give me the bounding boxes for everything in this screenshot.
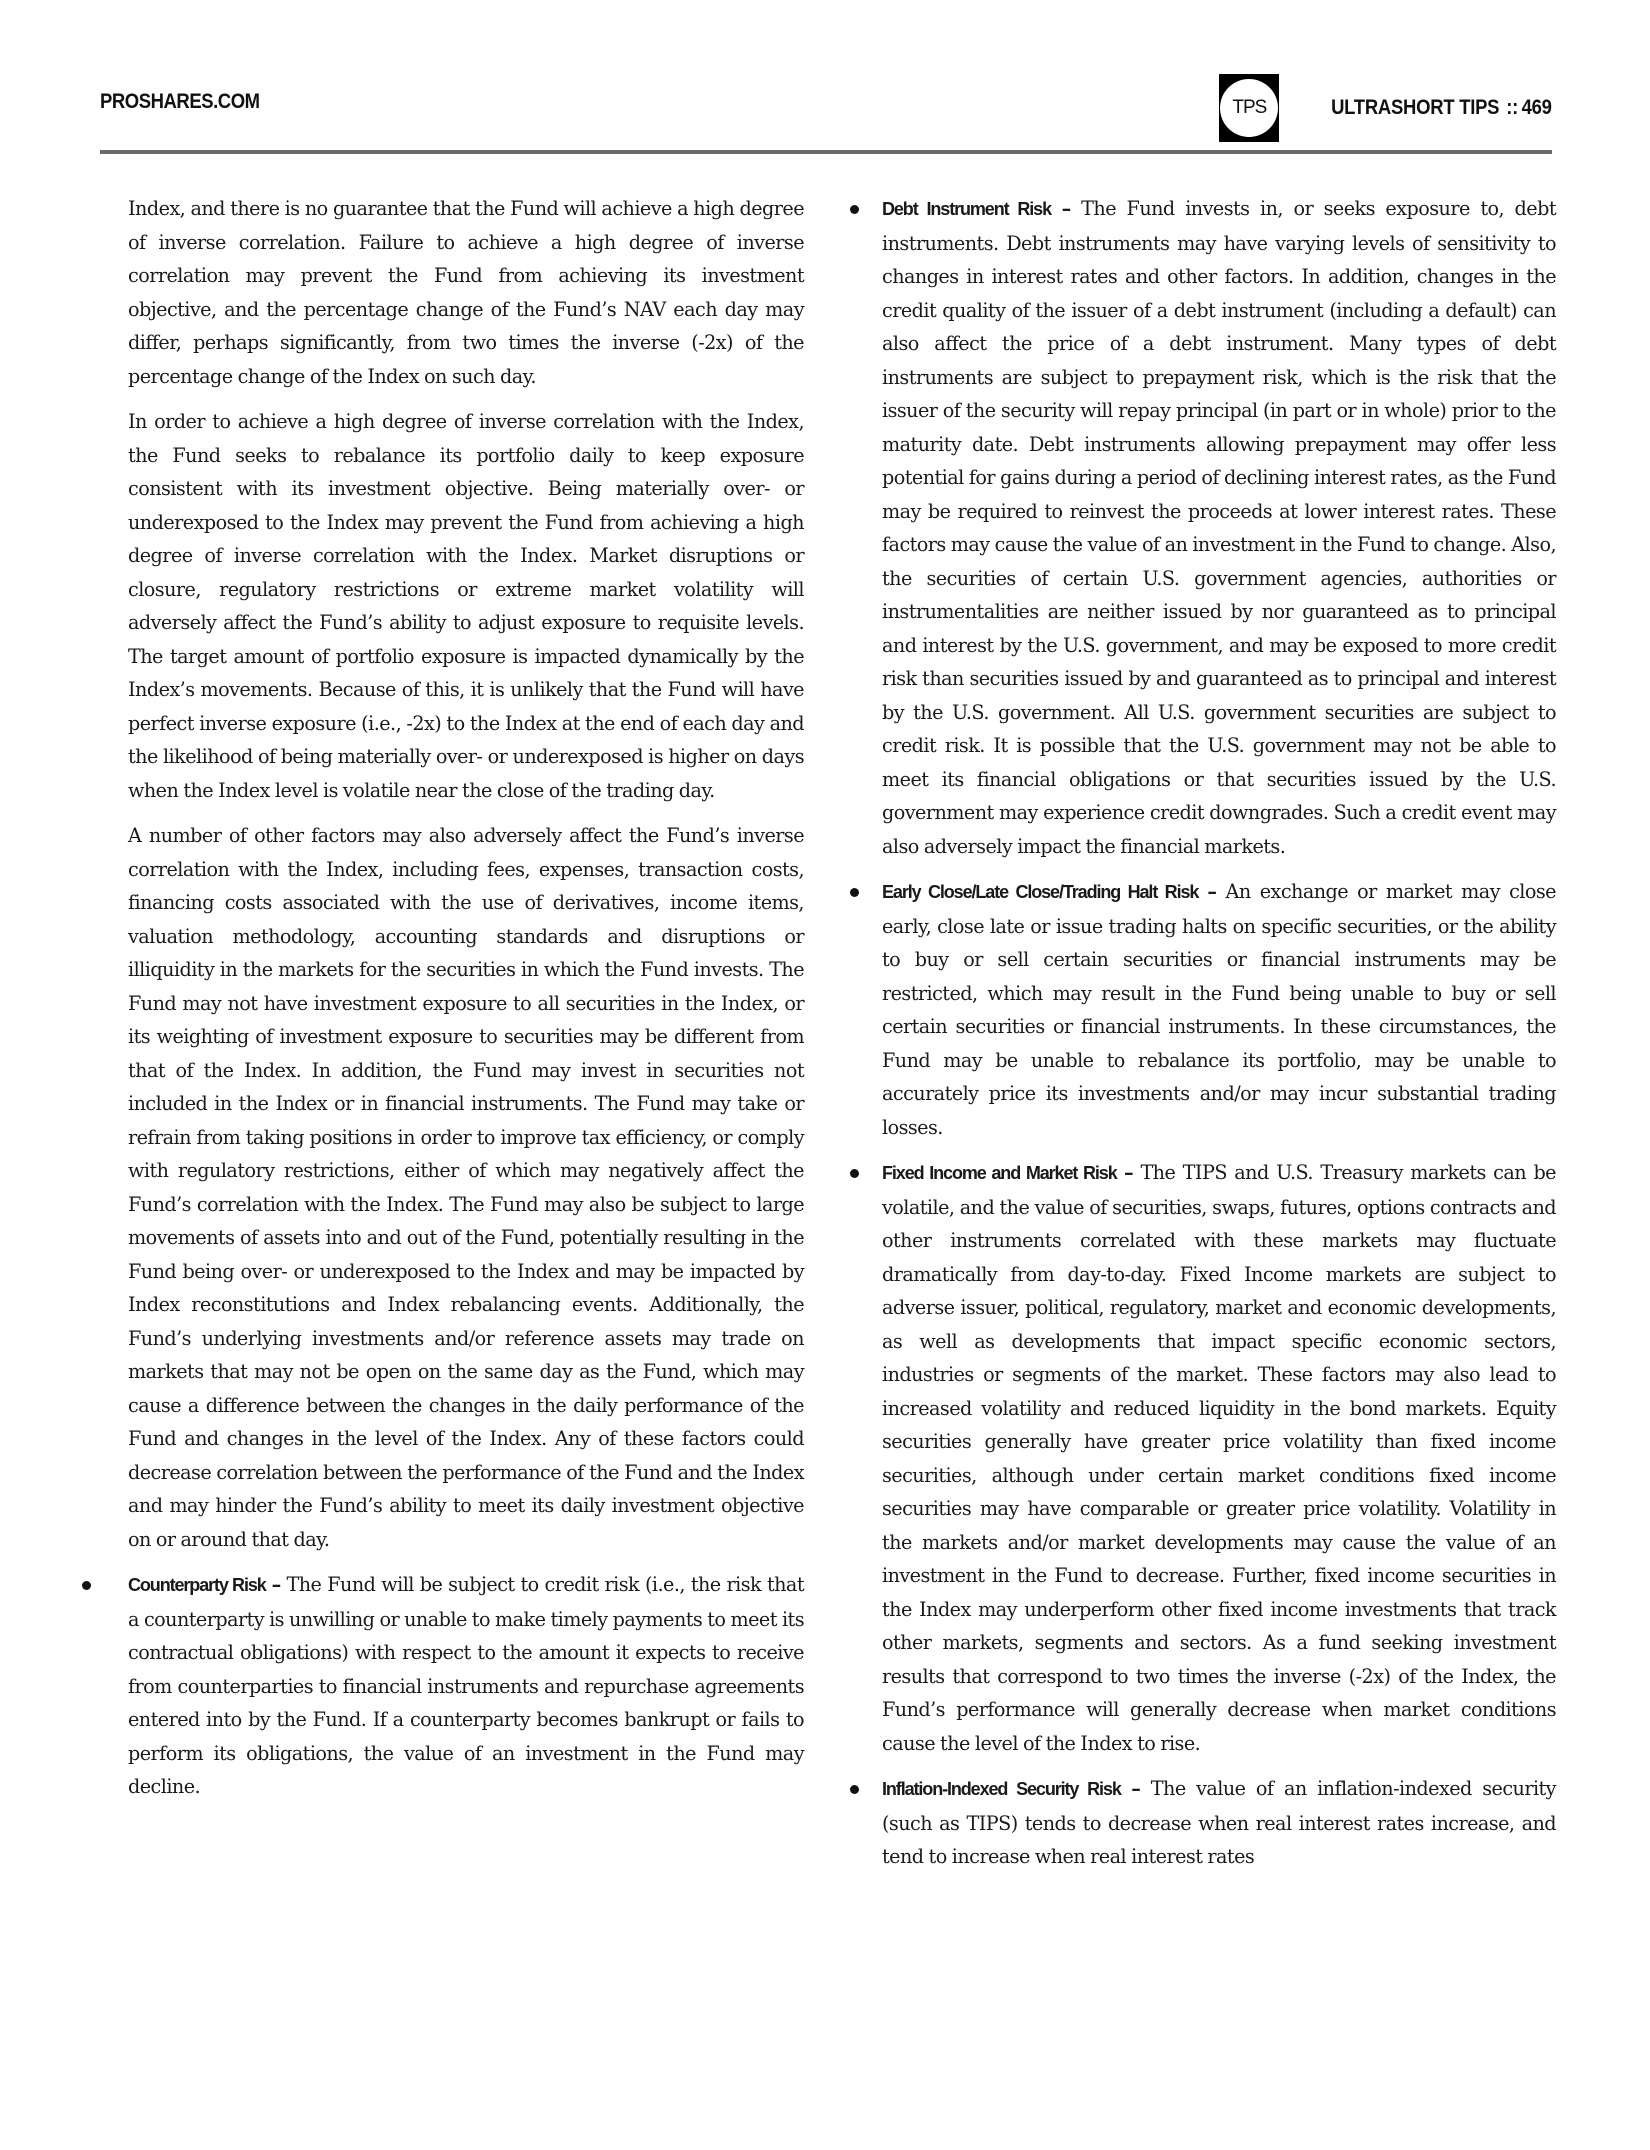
- risk-description: The TIPS and U.S. Treasury markets can b…: [882, 1161, 1556, 1755]
- left-column: Index, and there is no guarantee that th…: [128, 192, 804, 1816]
- em-dash: –: [272, 1573, 281, 1596]
- site-name: PROSHARES.COM: [100, 90, 260, 114]
- fund-title: ULTRASHORT TIPS: [1331, 96, 1499, 119]
- bullet-icon: [850, 205, 859, 214]
- risk-description: The Fund will be subject to credit risk …: [128, 1573, 804, 1798]
- bullet-icon: [850, 888, 859, 897]
- title-separator: ::: [1507, 96, 1519, 119]
- risk-term: Inflation-Indexed Security Risk: [882, 1779, 1121, 1799]
- page-header: TPS ULTRASHORT TIPS::469: [1219, 70, 1552, 146]
- em-dash: –: [1062, 197, 1071, 220]
- body-paragraph: A number of other factors may also adver…: [128, 819, 804, 1556]
- running-title: ULTRASHORT TIPS::469: [1331, 96, 1552, 120]
- risk-description: The Fund invests in, or seeks exposure t…: [882, 197, 1556, 858]
- header-divider: [100, 150, 1552, 154]
- bullet-icon: [850, 1169, 859, 1178]
- risk-item-debt-instrument: Debt Instrument Risk – The Fund invests …: [848, 192, 1556, 863]
- risk-term: Debt Instrument Risk: [882, 199, 1051, 219]
- em-dash: –: [1207, 880, 1216, 903]
- page-number: 469: [1522, 96, 1552, 119]
- risk-item-trading-halt: Early Close/Late Close/Trading Halt Risk…: [848, 875, 1556, 1144]
- badge-label: TPS: [1220, 79, 1278, 137]
- right-column: Debt Instrument Risk – The Fund invests …: [848, 192, 1556, 1886]
- em-dash: –: [1131, 1777, 1140, 1800]
- risk-item-inflation-indexed: Inflation-Indexed Security Risk – The va…: [848, 1772, 1556, 1874]
- risk-item-fixed-income: Fixed Income and Market Risk – The TIPS …: [848, 1156, 1556, 1760]
- body-paragraph: In order to achieve a high degree of inv…: [128, 405, 804, 807]
- risk-term: Early Close/Late Close/Trading Halt Risk: [882, 882, 1198, 902]
- risk-term: Fixed Income and Market Risk: [882, 1163, 1117, 1183]
- bullet-icon: [850, 1785, 859, 1794]
- em-dash: –: [1124, 1161, 1133, 1184]
- risk-item-counterparty: Counterparty Risk – The Fund will be sub…: [88, 1568, 804, 1804]
- risk-description: An exchange or market may close early, c…: [882, 880, 1556, 1139]
- risk-term: Counterparty Risk: [128, 1575, 266, 1595]
- tps-badge-icon: TPS: [1219, 74, 1279, 142]
- body-paragraph: Index, and there is no guarantee that th…: [128, 192, 804, 393]
- bullet-icon: [82, 1581, 91, 1590]
